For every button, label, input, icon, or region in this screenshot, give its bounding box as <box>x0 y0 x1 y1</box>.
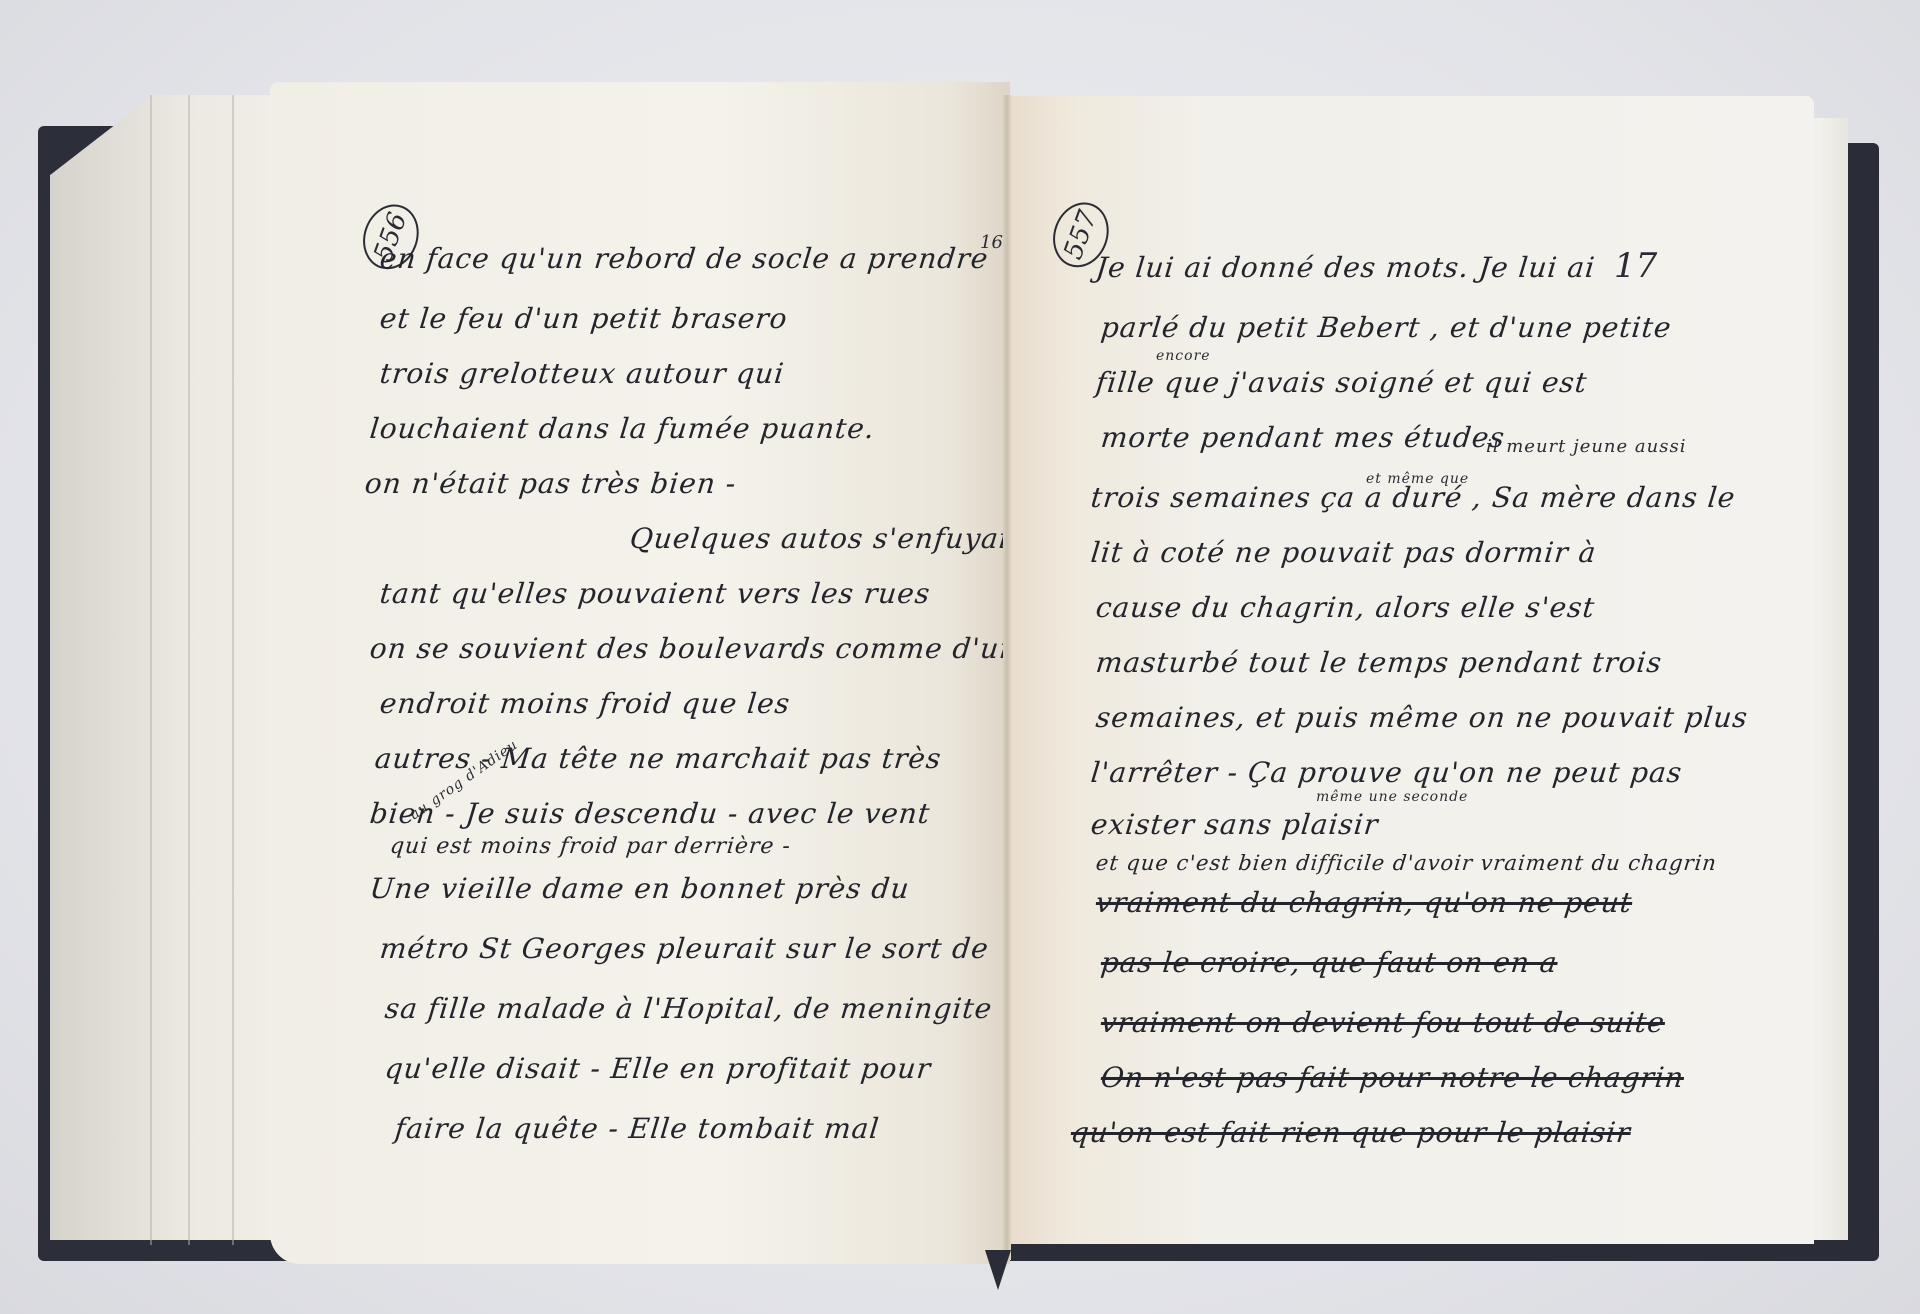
manuscript-insertion: il meurt jeune aussi <box>1486 436 1686 457</box>
manuscript-line: en face qu'un rebord de socle a prendre <box>378 242 990 275</box>
manuscript-line: semaines, et puis même on ne pouvait plu… <box>1094 701 1749 734</box>
manuscript-line: masturbé tout le temps pendant trois <box>1094 646 1664 679</box>
manuscript-line: et le feu d'un petit brasero <box>378 302 789 335</box>
page-edge-line <box>188 95 190 1245</box>
manuscript-line: louchaient dans la fumée puante. <box>368 412 876 445</box>
manuscript-line: parlé du petit Bebert , et d'une petite <box>1099 311 1673 344</box>
manuscript-line: qui est moins froid par derrière - <box>389 834 793 859</box>
right-page: 557 17 Je lui ai donné des mots. Je lui … <box>1006 96 1814 1244</box>
manuscript-line: bien - Je suis descendu - avec le vent <box>368 797 932 830</box>
manuscript-line: lit à coté ne pouvait pas dormir à <box>1089 536 1598 569</box>
page-number-right: 17 <box>1614 246 1657 286</box>
manuscript-line: métro St Georges pleurait sur le sort de <box>378 932 990 965</box>
page-edge-line <box>232 95 234 1245</box>
manuscript-line: morte pendant mes études <box>1099 421 1506 454</box>
manuscript-line: qu'elle disait - Elle en profitait pour <box>383 1052 933 1085</box>
struck-line: On n'est pas fait pour notre le chagrin <box>1099 1061 1685 1094</box>
manuscript-line: faire la quête - Elle tombait mal <box>393 1112 881 1145</box>
struck-line: vraiment on devient fou tout de suite <box>1099 1006 1666 1039</box>
manuscript-insertion: encore <box>1156 348 1211 364</box>
manuscript-line: sa fille malade à l'Hopital, de meningit… <box>383 992 994 1025</box>
manuscript-line: cause du chagrin, alors elle s'est <box>1094 591 1596 624</box>
manuscript-line: autres - Ma tête ne marchait pas très <box>373 742 943 775</box>
manuscript-insertion: même une seconde <box>1316 789 1468 805</box>
struck-line: pas le croire, que faut on en a <box>1099 946 1559 979</box>
struck-line: vraiment du chagrin, qu'on ne peut <box>1094 886 1634 919</box>
left-page: 556 16 en face qu'un rebord de socle a p… <box>270 82 1010 1264</box>
struck-line: qu'on est fait rien que pour le plaisir <box>1069 1116 1632 1149</box>
manuscript-line: on se souvient des boulevards comme d'un <box>368 632 1020 665</box>
manuscript-line: endroit moins froid que les <box>378 687 792 720</box>
manuscript-line: trois semaines ça a duré , Sa mère dans … <box>1089 481 1737 514</box>
book-gutter <box>1003 95 1011 1260</box>
manuscript-line: l'arrêter - Ça prouve qu'on ne peut pas <box>1089 756 1684 789</box>
manuscript-line: et que c'est bien difficile d'avoir vrai… <box>1095 851 1718 875</box>
page-stack-left <box>50 95 280 1240</box>
manuscript-line: exister sans plaisir <box>1089 808 1380 841</box>
manuscript-line: Je lui ai donné des mots. Je lui ai <box>1094 251 1597 284</box>
manuscript-line: Quelques autos s'enfuyaient <box>628 522 1059 555</box>
manuscript-line: on n'était pas très bien - <box>363 467 738 500</box>
manuscript-line: Une vieille dame en bonnet près du <box>368 872 911 905</box>
page-edge-line <box>150 95 152 1245</box>
manuscript-line: fille que j'avais soigné et qui est <box>1094 366 1589 399</box>
manuscript-line: trois grelotteux autour qui <box>378 357 786 390</box>
manuscript-line: tant qu'elles pouvaient vers les rues <box>378 577 932 610</box>
